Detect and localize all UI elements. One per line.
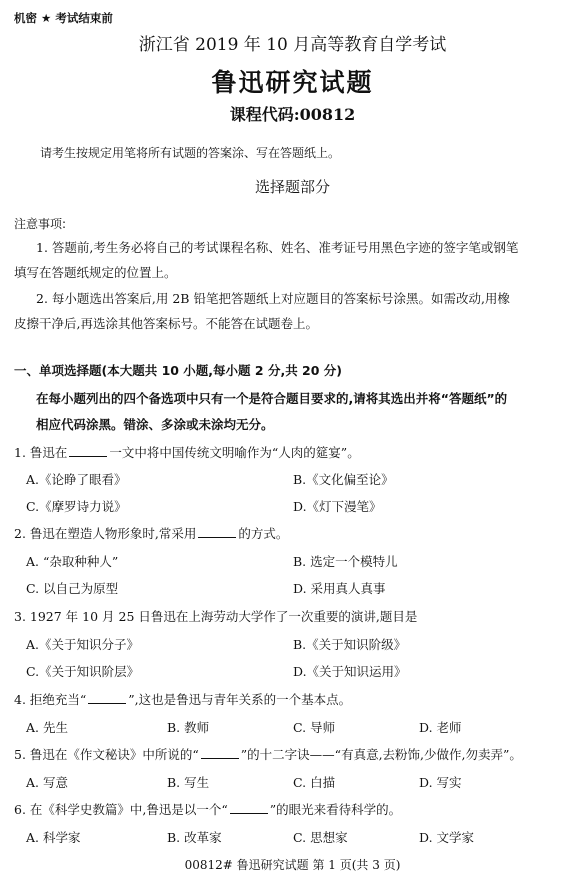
- notes-title: 注意事项:: [14, 215, 66, 232]
- note-2-line-1: 2. 每小题选出答案后,用 2B 铅笔把答题纸上对应题目的答案标号涂黑。如需改动…: [36, 289, 510, 307]
- question-1-option-b: B.《文化偏至论》: [293, 470, 394, 488]
- question-3-option-b: B.《关于知识阶级》: [293, 635, 406, 653]
- question-stem-after: ”的眼光来看待科学的。: [270, 802, 401, 817]
- question-stem-after: ”,这也是鲁迅与青年关系的一个基本点。: [128, 692, 351, 707]
- question-1-stem: 1. 鲁迅在一文中将中国传统文明喻作为“人肉的筵宴”。: [14, 443, 360, 461]
- question-stem-before: 3. 1927 年 10 月 25 日鲁迅在上海劳动大学作了一次重要的演讲,题目…: [14, 609, 417, 624]
- question-2-option-a: A. “杂取种种人”: [26, 552, 118, 570]
- question-3-option-c: C.《关于知识阶层》: [26, 662, 139, 680]
- exam-header: 浙江省 2019 年 10 月高等教育自学考试: [0, 30, 585, 55]
- question-5-stem: 5. 鲁迅在《作文秘诀》中所说的“”的十二字诀——“有真意,去粉饰,少做作,勿卖…: [14, 745, 522, 763]
- note-2-line-2: 皮擦干净后,再选涂其他答案标号。不能答在试题卷上。: [14, 314, 318, 332]
- question-5-option-b: B. 写生: [167, 773, 209, 791]
- question-1-option-a: A.《论睁了眼看》: [26, 470, 127, 488]
- question-5-option-a: A. 写意: [26, 773, 68, 791]
- question-6-option-a: A. 科学家: [26, 828, 80, 846]
- question-section-desc-2: 相应代码涂黑。错涂、多涂或未涂均无分。: [36, 415, 274, 433]
- question-3-option-d: D.《关于知识运用》: [293, 662, 407, 680]
- question-4-option-d: D. 老师: [419, 718, 462, 736]
- question-stem-after: 一文中将中国传统文明喻作为“人肉的筵宴”。: [109, 445, 359, 460]
- question-6-option-d: D. 文学家: [419, 828, 474, 846]
- question-4-option-c: C. 导师: [293, 718, 335, 736]
- question-5-option-c: C. 白描: [293, 773, 335, 791]
- answer-blank: [230, 803, 268, 814]
- question-section-title: 一、单项选择题(本大题共 10 小题,每小题 2 分,共 20 分): [14, 361, 342, 379]
- question-stem-before: 4. 拒绝充当“: [14, 692, 86, 707]
- answer-blank: [201, 748, 239, 759]
- question-stem-after: 的方式。: [238, 526, 288, 541]
- question-section-desc-1: 在每小题列出的四个备选项中只有一个是符合题目要求的,请将其选出并将“答题纸”的: [36, 389, 507, 407]
- question-5-option-d: D. 写实: [419, 773, 462, 791]
- question-1-option-c: C.《摩罗诗力说》: [26, 497, 127, 515]
- question-stem-before: 6. 在《科学史教篇》中,鲁迅是以一个“: [14, 802, 228, 817]
- question-2-option-c: C. 以自己为原型: [26, 579, 118, 597]
- question-6-stem: 6. 在《科学史教篇》中,鲁迅是以一个“”的眼光来看待科学的。: [14, 800, 401, 818]
- answer-blank: [198, 527, 236, 538]
- question-4-option-b: B. 教师: [167, 718, 209, 736]
- question-stem-before: 5. 鲁迅在《作文秘诀》中所说的“: [14, 747, 199, 762]
- question-1-option-d: D.《灯下漫笔》: [293, 497, 382, 515]
- question-3-option-a: A.《关于知识分子》: [26, 635, 139, 653]
- instruction-text: 请考生按规定用笔将所有试题的答案涂、写在答题纸上。: [40, 144, 340, 161]
- question-stem-after: ”的十二字诀——“有真意,去粉饰,少做作,勿卖弄”。: [241, 747, 522, 762]
- question-4-stem: 4. 拒绝充当“”,这也是鲁迅与青年关系的一个基本点。: [14, 690, 351, 708]
- answer-blank: [69, 446, 107, 457]
- question-2-stem: 2. 鲁迅在塑造人物形象时,常采用的方式。: [14, 524, 288, 542]
- question-6-option-b: B. 改革家: [167, 828, 222, 846]
- course-code: 课程代码:00812: [0, 102, 585, 125]
- question-stem-before: 2. 鲁迅在塑造人物形象时,常采用: [14, 526, 196, 541]
- note-1-line-1: 1. 答题前,考生务必将自己的考试课程名称、姓名、准考证号用黑色字迹的签字笔或钢…: [36, 238, 518, 256]
- question-2-option-d: D. 采用真人真事: [293, 579, 386, 597]
- confidential-label: 机密 ★ 考试结束前: [14, 10, 113, 26]
- question-6-option-c: C. 思想家: [293, 828, 348, 846]
- question-stem-before: 1. 鲁迅在: [14, 445, 67, 460]
- question-3-stem: 3. 1927 年 10 月 25 日鲁迅在上海劳动大学作了一次重要的演讲,题目…: [14, 607, 417, 625]
- note-1-line-2: 填写在答题纸规定的位置上。: [14, 263, 177, 281]
- page-footer: 00812# 鲁迅研究试题 第 1 页(共 3 页): [0, 856, 585, 873]
- question-4-option-a: A. 先生: [26, 718, 68, 736]
- answer-blank: [88, 693, 126, 704]
- exam-title: 鲁迅研究试题: [0, 63, 585, 99]
- question-2-option-b: B. 选定一个模特儿: [293, 552, 398, 570]
- section-title: 选择题部分: [0, 176, 585, 197]
